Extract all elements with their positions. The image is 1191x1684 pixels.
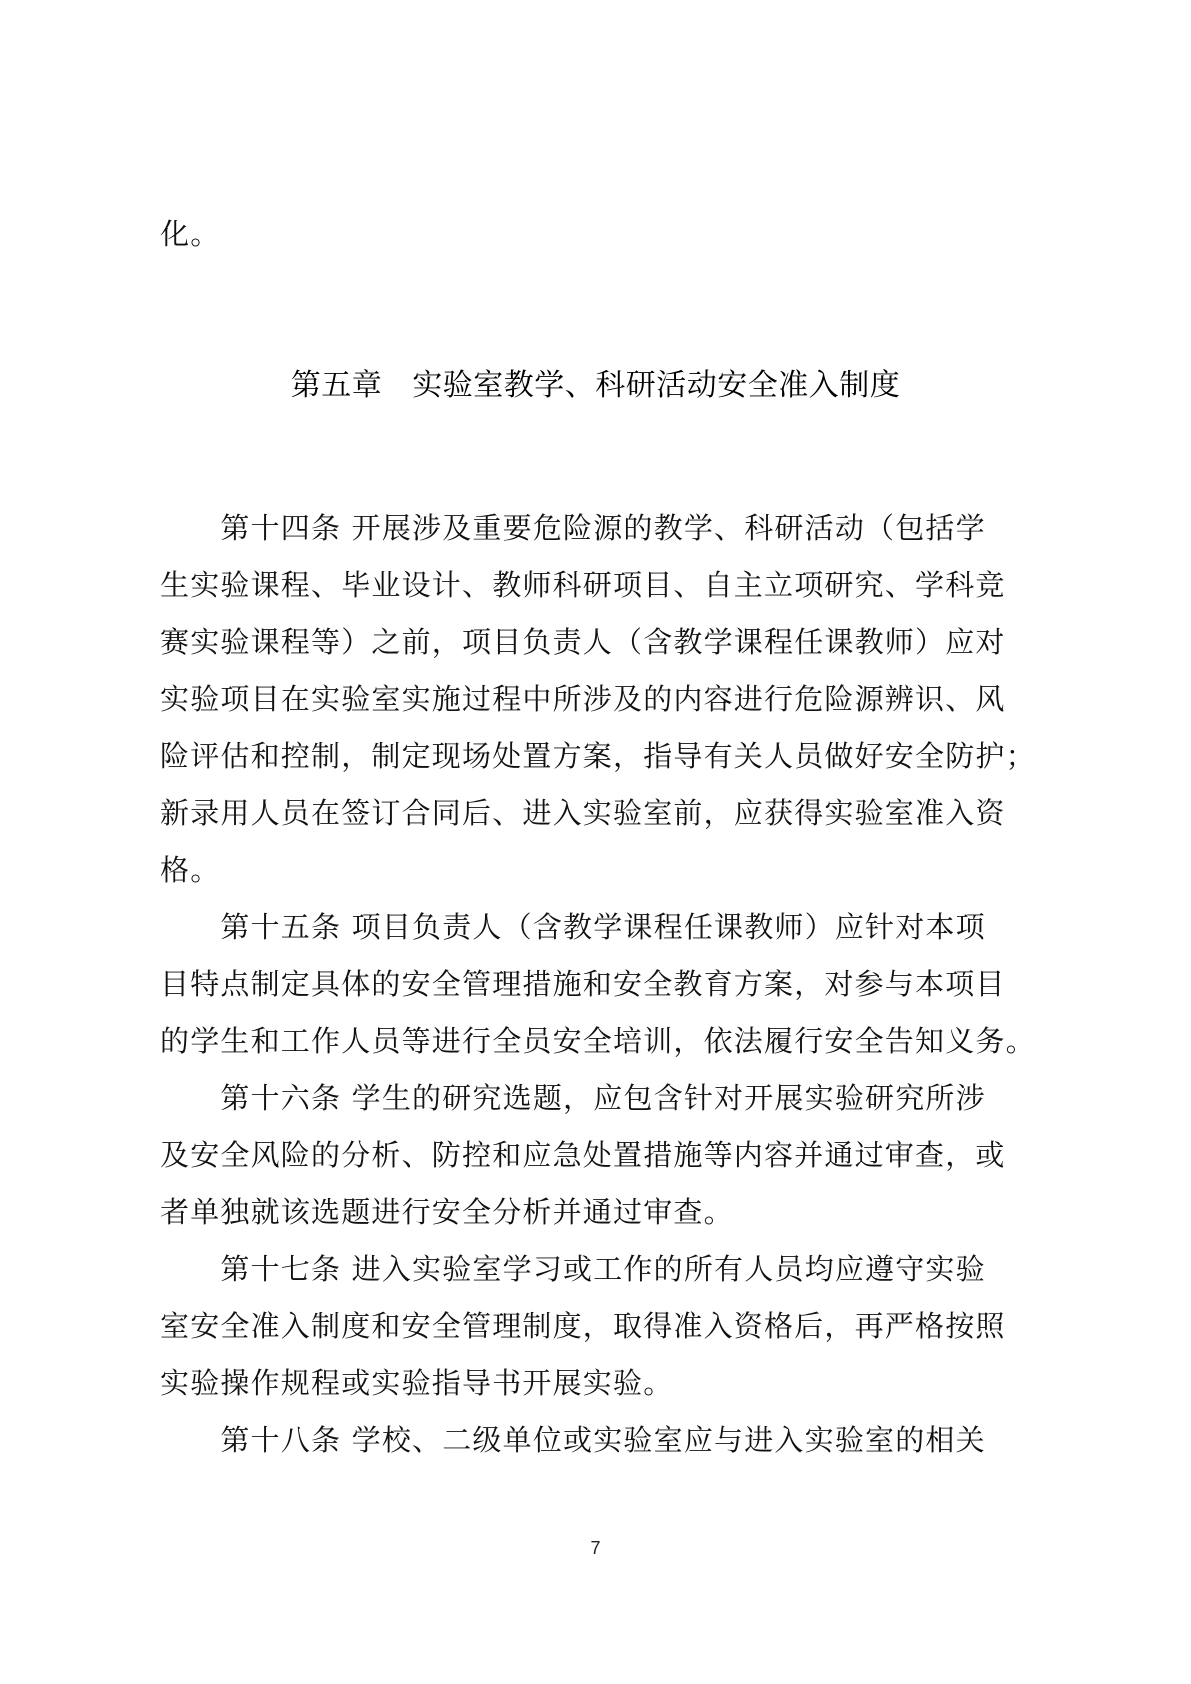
body-line: 险评估和控制，制定现场处置方案，指导有关人员做好安全防护； (160, 736, 1040, 776)
body-line: 生实验课程、毕业设计、教师科研项目、自主立项研究、学科竞 (160, 565, 1040, 605)
body-line: 目特点制定具体的安全管理措施和安全教育方案，对参与本项目 (160, 964, 1040, 1004)
body-line: 第十五条 项目负责人（含教学课程任课教师）应针对本项 (160, 907, 1040, 947)
chapter-heading: 第五章实验室教学、科研活动安全准入制度 (0, 366, 1191, 406)
body-line: 室安全准入制度和安全管理制度，取得准入资格后，再严格按照 (160, 1306, 1040, 1346)
body-line: 新录用人员在签订合同后、进入实验室前，应获得实验室准入资 (160, 793, 1040, 833)
body-line: 第十六条 学生的研究选题，应包含针对开展实验研究所涉 (160, 1078, 1040, 1118)
document-page: 化。 第五章实验室教学、科研活动安全准入制度 第十四条 开展涉及重要危险源的教学… (0, 0, 1191, 1684)
body-line: 及安全风险的分析、防控和应急处置措施等内容并通过审查，或 (160, 1135, 1040, 1175)
body-line: 格。 (160, 850, 1040, 890)
page-number: 7 (0, 1538, 1191, 1559)
body-line: 第十四条 开展涉及重要危险源的教学、科研活动（包括学 (160, 508, 1040, 548)
body-line: 赛实验课程等）之前，项目负责人（含教学课程任课教师）应对 (160, 622, 1040, 662)
body-line: 实验操作规程或实验指导书开展实验。 (160, 1363, 1040, 1403)
chapter-title: 实验室教学、科研活动安全准入制度 (412, 368, 900, 403)
body-line: 实验项目在实验室实施过程中所涉及的内容进行危险源辨识、风 (160, 679, 1040, 719)
body-line: 的学生和工作人员等进行全员安全培训，依法履行安全告知义务。 (160, 1021, 1040, 1061)
body-line: 第十七条 进入实验室学习或工作的所有人员均应遵守实验 (160, 1249, 1040, 1289)
chapter-number: 第五章 (291, 368, 383, 403)
carryover-text: 化。 (160, 214, 1040, 254)
body-line: 者单独就该选题进行安全分析并通过审查。 (160, 1192, 1040, 1232)
body-line: 第十八条 学校、二级单位或实验室应与进入实验室的相关 (160, 1420, 1040, 1460)
